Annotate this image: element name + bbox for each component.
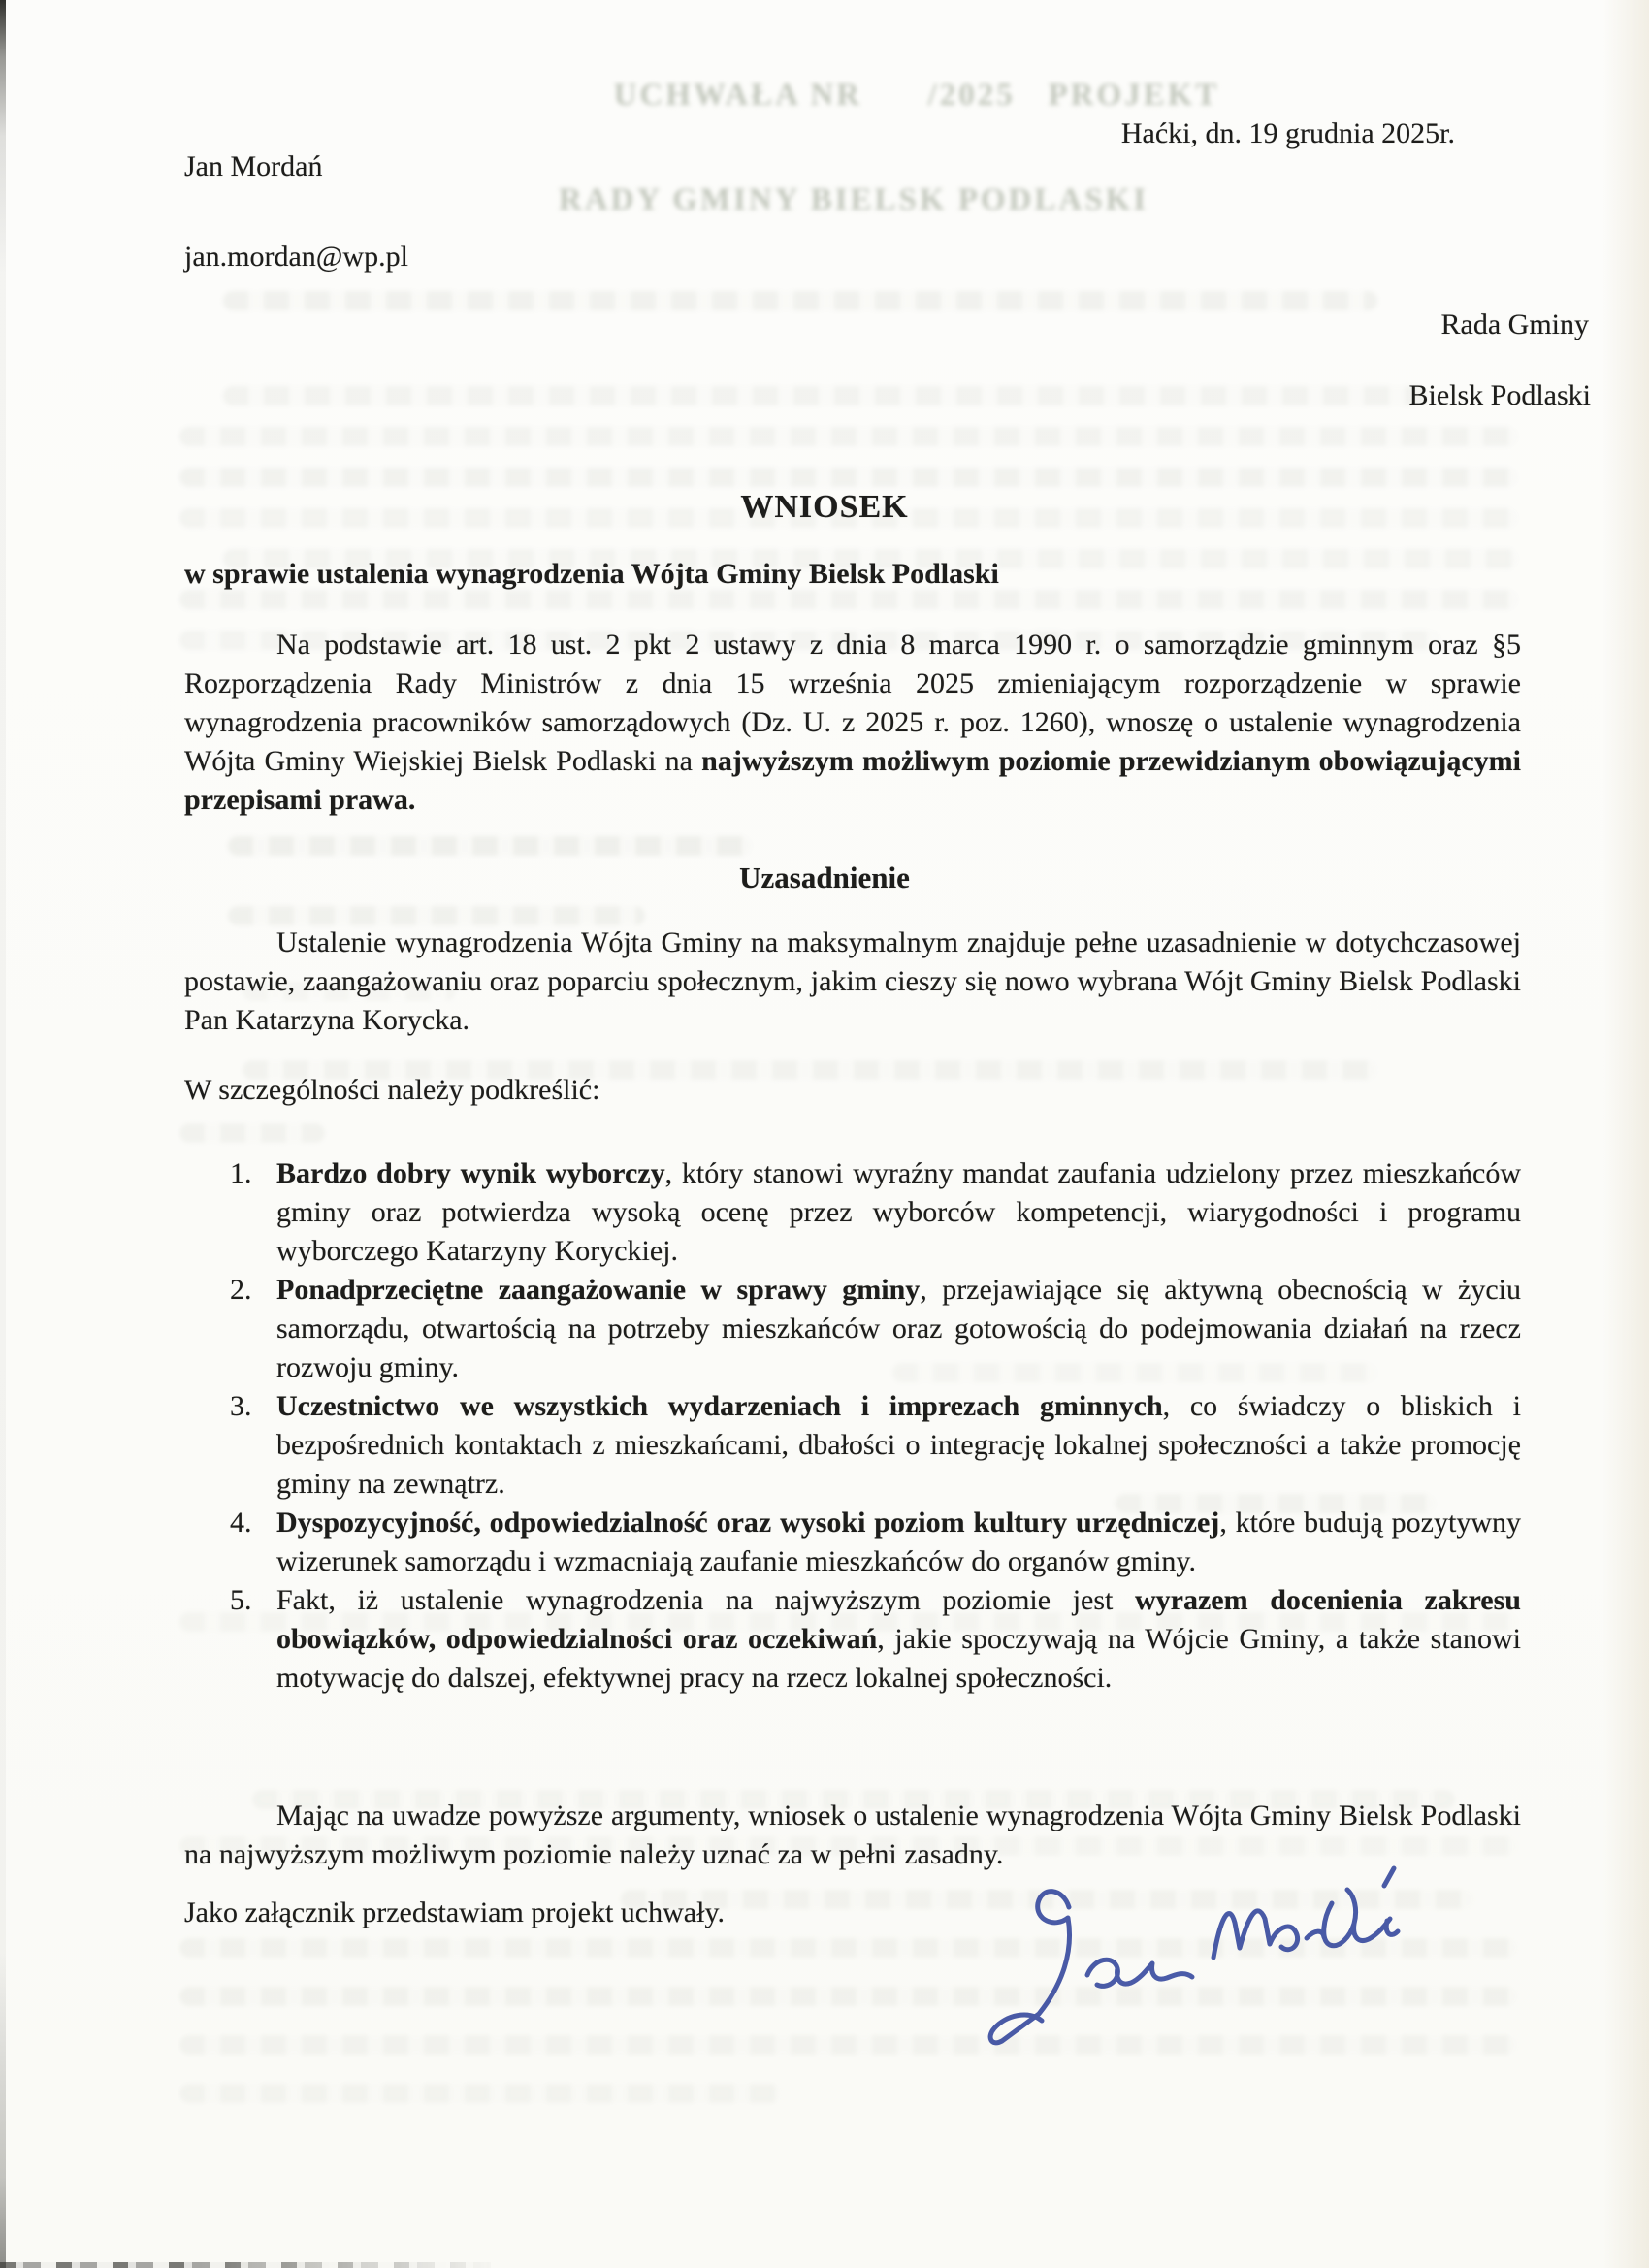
- bleedthrough-heading-rady-gminy: RADY GMINY BIELSK PODLASKI: [369, 182, 1339, 218]
- bleedthrough-smudge: [228, 906, 645, 925]
- scan-edge-bottom-speckles: [0, 2262, 504, 2268]
- sender-email: jan.mordan@wp.pl: [184, 238, 408, 276]
- list-item-number: 4.: [230, 1504, 252, 1542]
- date-line: Haćki, dn. 19 grudnia 2025r.: [1121, 114, 1455, 153]
- arguments-list: 1.Bardzo dobry wynik wyborczy, który sta…: [276, 1154, 1521, 1698]
- bleedthrough-smudge: [228, 836, 752, 856]
- recipient-city: Bielsk Podlaski: [1203, 376, 1591, 415]
- scan-edge-left: [0, 0, 6, 2268]
- bleedthrough-smudge: [179, 468, 1518, 487]
- bleedthrough-smudge: [179, 427, 1518, 446]
- list-item-2: 2.Ponadprzeciętne zaangażowanie w sprawy…: [276, 1271, 1521, 1387]
- list-item-5: 5.Fakt, iż ustalenie wynagrodzenia na na…: [276, 1581, 1521, 1698]
- scanned-letter-page: UCHWAŁA NR /2025 PROJEKT RADY GMINY BIEL…: [0, 0, 1649, 2268]
- list-item-number: 1.: [230, 1154, 252, 1193]
- list-intro: W szczególności należy podkreślić:: [184, 1071, 599, 1110]
- sender-name: Jan Mordań: [184, 147, 322, 186]
- list-item-number: 3.: [230, 1387, 252, 1426]
- document-title: WNIOSEK: [0, 488, 1649, 527]
- paragraph-justification: Ustalenie wynagrodzenia Wójta Gminy na m…: [184, 923, 1521, 1040]
- document-subject: w sprawie ustalenia wynagrodzenia Wójta …: [184, 555, 999, 594]
- list-item-3: 3.Uczestnictwo we wszystkich wydarzeniac…: [276, 1387, 1521, 1504]
- list-item-4: 4.Dyspozycyjność, odpowiedzialność oraz …: [276, 1504, 1521, 1581]
- bleedthrough-smudge: [179, 2084, 781, 2103]
- section-heading-justification: Uzasadnienie: [0, 859, 1649, 897]
- bleedthrough-smudge: [179, 1123, 325, 1143]
- closing-note: Jako załącznik przedstawiam projekt uchw…: [184, 1894, 725, 1932]
- list-item-1: 1.Bardzo dobry wynik wyborczy, który sta…: [276, 1154, 1521, 1271]
- recipient-name: Rada Gminy: [1201, 306, 1589, 344]
- handwritten-signature-jan-mordan: [946, 1863, 1411, 2086]
- list-item-number: 2.: [230, 1271, 252, 1310]
- signature-ink: [990, 1868, 1398, 2043]
- list-item-number: 5.: [230, 1581, 252, 1620]
- bleedthrough-heading-uchwala: UCHWAŁA NR /2025 PROJEKT: [407, 78, 1426, 113]
- scan-edge-right: [1602, 0, 1649, 2268]
- paragraph-legal-basis: Na podstawie art. 18 ust. 2 pkt 2 ustawy…: [184, 626, 1521, 820]
